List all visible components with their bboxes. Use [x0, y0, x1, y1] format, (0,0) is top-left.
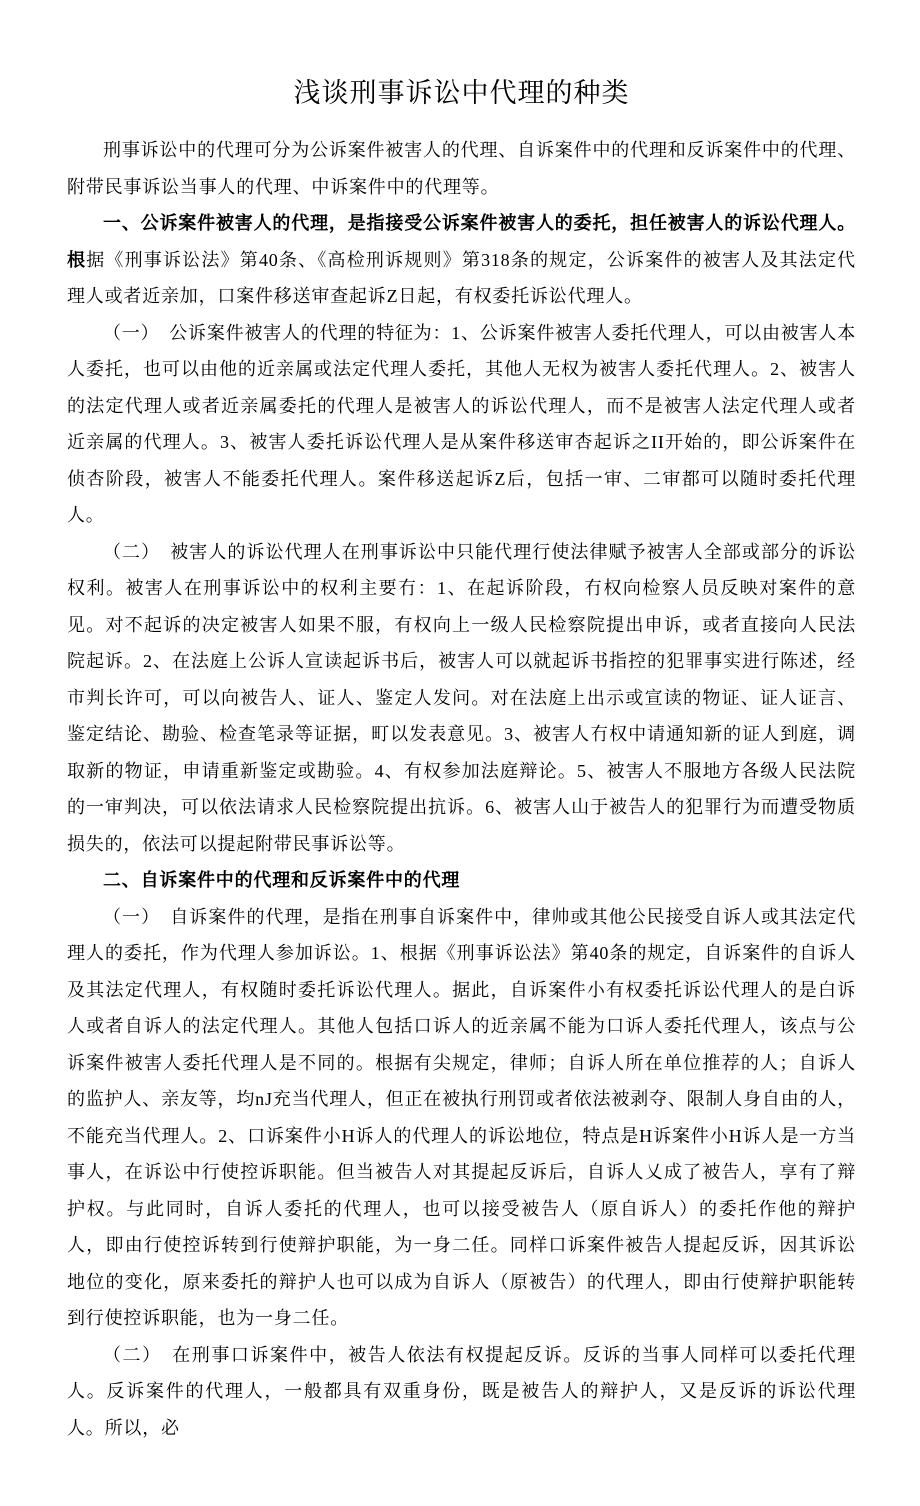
section2-heading: 二、自诉案件中的代理和反诉案件中的代理: [67, 862, 856, 899]
paragraph-section1-sub2: （二） 被害人的诉讼代理人在刑事诉讼中只能代理行使法律赋予被害人全部或部分的诉讼…: [67, 534, 856, 863]
paragraph-section2-sub1: （一） 自诉案件的代理，是指在刑事自诉案件中，律帅或其他公民接受自诉人或其法定代…: [67, 899, 856, 1337]
paragraph-section1-lead: 一、公诉案件被害人的代理，是指接受公诉案件被害人的委托，担任被害人的诉讼代理人。…: [67, 205, 856, 315]
paragraph-section2-sub2: （二） 在刑事口诉案件中，被告人依法有权提起反诉。反诉的当事人同样可以委托代理人…: [67, 1337, 856, 1447]
document-page: 浅谈刑事诉讼中代理的种类 刑事诉讼中的代理可分为公诉案件被害人的代理、自诉案件中…: [0, 0, 920, 1506]
section1-lead-rest: 据《刑事诉讼法》第40条、《高检刑诉规则》第318条的规定，公诉案件的被害人及其…: [67, 250, 856, 307]
paragraph-intro: 刑事诉讼中的代理可分为公诉案件被害人的代理、自诉案件中的代理和反诉案件中的代理、…: [67, 132, 856, 205]
paragraph-section1-sub1: （一） 公诉案件被害人的代理的特征为：1、公诉案件被害人委托代理人，可以由被害人…: [67, 315, 856, 534]
document-title: 浅谈刑事诉讼中代理的种类: [67, 72, 856, 114]
